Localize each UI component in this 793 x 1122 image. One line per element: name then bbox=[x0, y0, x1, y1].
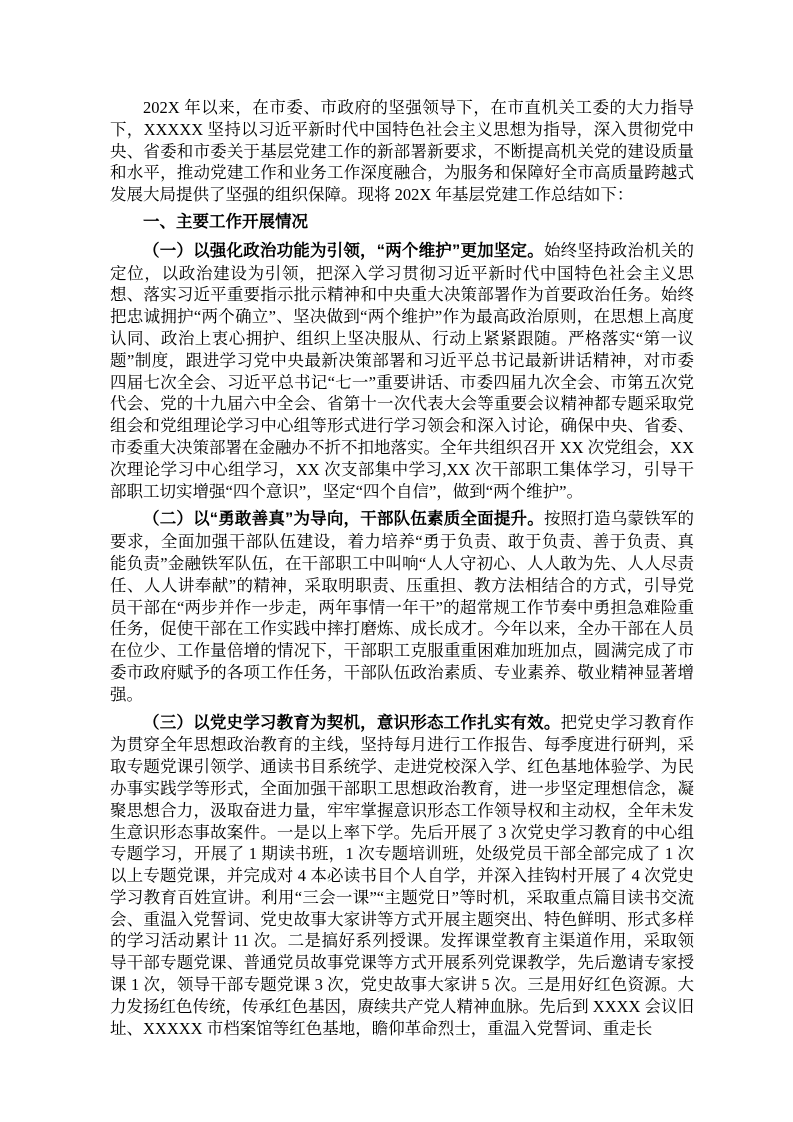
subsection-2-lead: （二）以“勇敢善真”为导向，干部队伍素质全面提升。 bbox=[143, 510, 544, 528]
subsection-paragraph-2: （二）以“勇敢善真”为导向，干部队伍素质全面提升。按照打造乌蒙铁军的要求，全面加… bbox=[110, 508, 694, 705]
subsection-1-body: 始终坚持政治机关的定位，以政治建设为引领，把深入学习贯彻习近平新时代中国特色社会… bbox=[110, 241, 694, 501]
subsection-3-lead: （三）以党史学习教育为契机，意识形态工作扎实有效。 bbox=[143, 714, 561, 732]
subsection-3-body: 把党史学习教育作为贯穿全年思想政治教育的主线，坚持每月进行工作报告、每季度进行研… bbox=[110, 713, 694, 1038]
intro-paragraph: 202X 年以来，在市委、市政府的坚强领导下，在市直机关工委的大力指导下，XXX… bbox=[110, 97, 694, 206]
subsection-1-lead: （一）以强化政治功能为引领，“两个维护”更加坚定。 bbox=[143, 242, 544, 260]
subsection-paragraph-1: （一）以强化政治功能为引领，“两个维护”更加坚定。始终坚持政治机关的定位，以政治… bbox=[110, 240, 694, 503]
main-heading: 一、主要工作开展情况 bbox=[110, 212, 694, 234]
subsection-paragraph-3: （三）以党史学习教育为契机，意识形态工作扎实有效。把党史学习教育作为贯穿全年思想… bbox=[110, 712, 694, 1040]
document-page: 202X 年以来，在市委、市政府的坚强领导下，在市直机关工委的大力指导下，XXX… bbox=[0, 0, 793, 1122]
subsection-2-body: 按照打造乌蒙铁军的要求，全面加强干部队伍建设，着力培养“勇于负责、敢于负责、善于… bbox=[110, 509, 694, 703]
